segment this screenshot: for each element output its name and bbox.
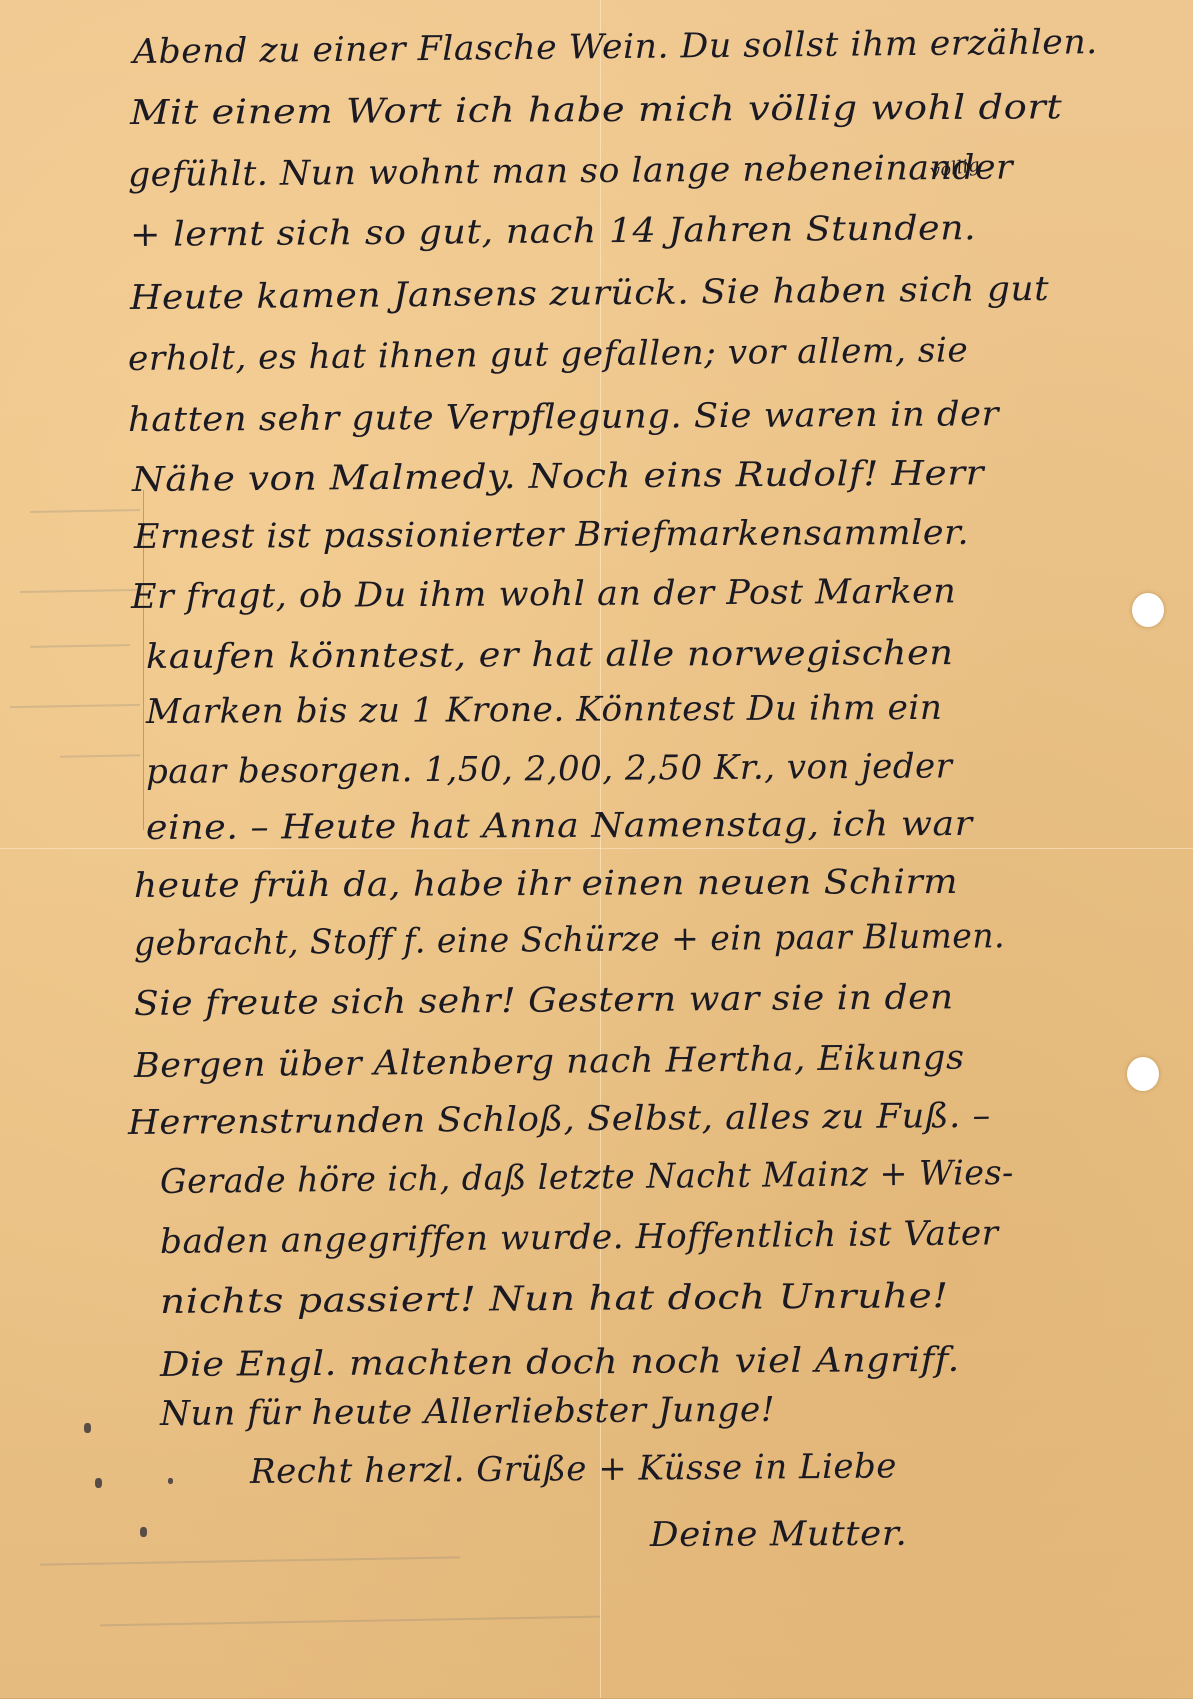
punch-hole-lower: [1127, 1057, 1159, 1091]
letter-line-14: eine. – Heute hat Anna Namenstag, ich wa…: [146, 804, 973, 848]
letter-line-12: Marken bis zu 1 Krone. Könntest Du ihm e…: [146, 688, 943, 732]
letter-line-21: baden angegriffen wurde. Hoffentlich ist…: [160, 1213, 999, 1262]
signature: Deine Mutter.: [650, 1514, 908, 1555]
ink-spot: [140, 1527, 147, 1537]
bleed-through-mark: [60, 754, 140, 757]
letter-line-10: Er fragt, ob Du ihm wohl an der Post Mar…: [131, 571, 957, 617]
letter-line-4: + lernt sich so gut, nach 14 Jahren Stun…: [130, 208, 977, 255]
letter-line-18: Bergen über Altenberg nach Hertha, Eikun…: [134, 1038, 965, 1086]
letter-line-3: gefühlt. Nun wohnt man so lange nebenein…: [128, 147, 1013, 195]
letter-line-19: Herrenstrunden Schloß, Selbst, alles zu …: [128, 1096, 991, 1143]
letter-line-16: gebracht, Stoff f. eine Schürze + ein pa…: [134, 916, 1005, 964]
punch-hole-upper: [1132, 593, 1164, 627]
letter-line-15: heute früh da, habe ihr einen neuen Schi…: [134, 862, 958, 906]
letter-line-20: Gerade höre ich, daß letzte Nacht Mainz …: [160, 1153, 1014, 1202]
letter-line-6: erholt, es hat ihnen gut gefallen; vor a…: [128, 330, 969, 379]
ink-spot: [95, 1478, 102, 1488]
letter-line-8: Nähe von Malmedy. Noch eins Rudolf! Herr: [132, 453, 985, 500]
horizontal-fold-crease: [0, 848, 1193, 849]
bleed-through-mark: [30, 509, 140, 513]
letter-line-22: nichts passiert! Nun hat doch Unruhe!: [160, 1276, 949, 1322]
letter-line-11: kaufen könntest, er hat alle norwegische…: [146, 633, 954, 677]
letter-line-13: paar besorgen. 1,50, 2,00, 2,50 Kr., von…: [146, 746, 953, 792]
ink-spot: [168, 1478, 173, 1484]
bleed-through-mark: [30, 644, 130, 648]
letter-line-24: Nun für heute Allerliebster Junge!: [160, 1390, 775, 1434]
ink-spot: [84, 1423, 91, 1433]
bleed-through-mark: [100, 1616, 600, 1627]
bleed-through-mark: [10, 704, 140, 708]
closing-greeting: Recht herzl. Grüße + Küsse in Liebe: [250, 1446, 897, 1492]
letter-page: Abend zu einer Flasche Wein. Du sollst i…: [0, 0, 1193, 1699]
letter-line-5: Heute kamen Jansens zurück. Sie haben si…: [130, 269, 1050, 318]
letter-line-9: Ernest ist passionierter Briefmarkensamm…: [134, 513, 969, 557]
vertical-fold-crease: [600, 0, 601, 1698]
bleed-through-mark: [20, 589, 140, 593]
letter-line-2: Mit einem Wort ich habe mich völlig wohl…: [130, 87, 1063, 133]
letter-line-1: Abend zu einer Flasche Wein. Du sollst i…: [133, 22, 1098, 72]
bleed-through-mark: [40, 1556, 460, 1565]
letter-line-7: hatten sehr gute Verpflegung. Sie waren …: [128, 394, 999, 440]
letter-line-23: Die Engl. machten doch noch viel Angriff…: [160, 1340, 960, 1385]
letter-line-17: Sie freute sich sehr! Gestern war sie in…: [134, 977, 954, 1024]
